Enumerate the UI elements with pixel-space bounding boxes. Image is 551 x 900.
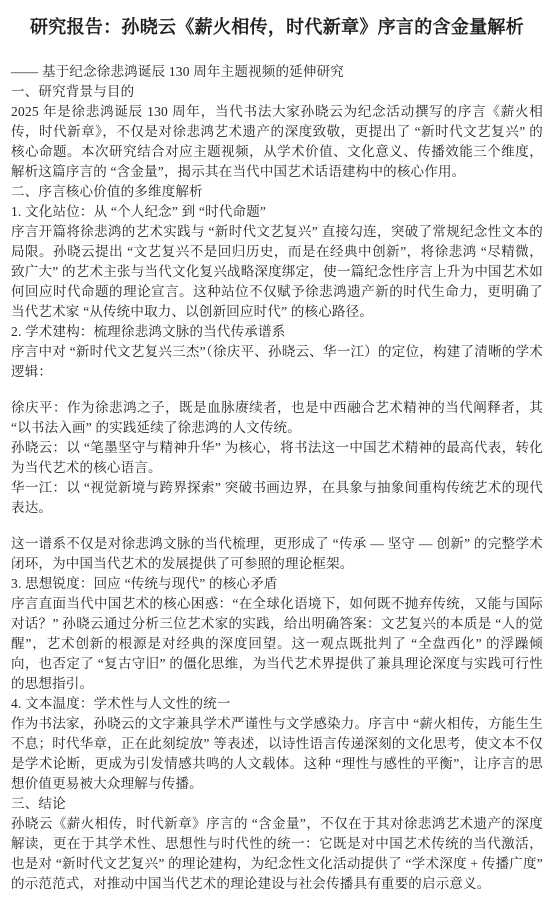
subsection-2-2-heading: 2. 学术建构：梳理徐悲鸿文脉的当代传承谱系 [11, 322, 543, 342]
subsection-2-3-paragraph: 序言直面当代中国艺术的核心困惑：“在全球化语境下，如何既不抛弃传统，又能与国际对… [11, 594, 543, 694]
subsection-2-1-paragraph: 序言开篇将徐悲鸿的艺术实践与 “新时代文艺复兴” 直接勾连，突破了常规纪念性文本… [11, 222, 543, 322]
report-subtitle: —— 基于纪念徐悲鸿诞辰 130 周年主题视频的延伸研究 [11, 62, 543, 82]
section-2-heading: 二、序言核心价值的多维度解析 [11, 182, 543, 202]
subsection-2-2-summary: 这一谱系不仅是对徐悲鸿文脉的当代梳理，更形成了 “传承 — 坚守 — 创新” 的… [11, 534, 543, 574]
subsection-2-4-heading: 4. 文本温度：学术性与人文性的统一 [11, 694, 543, 714]
document-title: 研究报告：孙晓云《薪火相传，时代新章》序言的含金量解析 [11, 13, 543, 41]
subsection-2-1-heading: 1. 文化站位：从 “个人纪念” 到 “时代命题” [11, 202, 543, 222]
section-1-heading: 一、研究背景与目的 [11, 82, 543, 102]
artist-item-sun-xiaoyun: 孙晓云：以 “笔墨坚守与精神升华” 为核心，将书法这一中国艺术精神的最高代表，转… [11, 438, 543, 478]
subsection-2-3-heading: 3. 思想锐度：回应 “传统与现代” 的核心矛盾 [11, 574, 543, 594]
section-3-heading: 三、结论 [11, 794, 543, 814]
document-page: 研究报告：孙晓云《薪火相传，时代新章》序言的含金量解析 —— 基于纪念徐悲鸿诞辰… [0, 0, 551, 900]
subsection-2-2-intro: 序言中对 “新时代文艺复兴三杰”（徐庆平、孙晓云、华一江）的定位，构建了清晰的学… [11, 342, 543, 382]
subsection-2-4-paragraph: 作为书法家，孙晓云的文字兼具学术严谨性与文学感染力。序言中 “薪火相传，方能生生… [11, 714, 543, 794]
artist-item-hua-yijiang: 华一江：以 “视觉新境与跨界探索” 突破书画边界，在具象与抽象间重构传统艺术的现… [11, 478, 543, 518]
artist-item-xu-qingping: 徐庆平：作为徐悲鸿之子，既是血脉赓续者，也是中西融合艺术精神的当代阐释者，其 “… [11, 398, 543, 438]
section-1-paragraph: 2025 年是徐悲鸿诞辰 130 周年，当代书法大家孙晓云为纪念活动撰写的序言《… [11, 102, 543, 182]
section-3-paragraph: 孙晓云《薪火相传，时代新章》序言的 “含金量”，不仅在于其对徐悲鸿艺术遗产的深度… [11, 814, 543, 894]
